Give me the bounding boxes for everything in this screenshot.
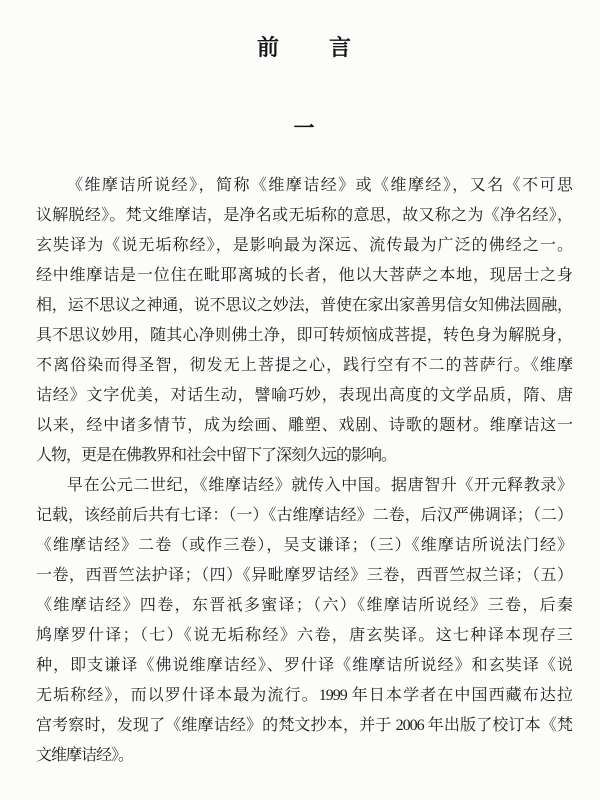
text-line: 相，运不思议之神通，说不思议之妙法，普使在家出家善男信女知佛法圆融，	[36, 291, 572, 321]
preface-title-char-right: 言	[329, 36, 351, 60]
text-line: 无垢称经》，而以罗什译本最为流行。1999 年日本学者在中国西藏布达拉	[36, 681, 572, 711]
text-line: 不离俗染而得圣智，彻发无上菩提之心，践行空有不二的菩萨行。《维摩	[36, 351, 572, 381]
text-line: 议解脱经》。梵文维摩诘，是净名或无垢称的意思，故又称之为《净名经》，	[36, 201, 572, 231]
text-line: 诘经》文字优美，对话生动，譬喻巧妙，表现出高度的文学品质，隋、唐	[36, 381, 572, 411]
text-line: 鸠摩罗什译；（七）《说无垢称经》六卷，唐玄奘译。这七种译本现存三	[36, 621, 572, 651]
preface-body: 《维摩诘所说经》，简称《维摩诘经》或《维摩经》，又名《不可思 议解脱经》。梵文维…	[36, 171, 572, 771]
text-line: 以来，经中诸多情节，成为绘画、雕塑、戏剧、诗歌的题材。维摩诘这一	[36, 411, 572, 441]
text-line: 《维摩诘经》二卷（或作三卷），吴支谦译；（三）《维摩诘所说法门经》	[36, 531, 572, 561]
preface-title-char-left: 前	[257, 36, 279, 60]
section-number: 一	[36, 118, 572, 140]
text-line: 宫考察时，发现了《维摩诘经》的梵文抄本，并于 2006 年出版了校订本《梵	[36, 711, 572, 741]
book-page: 前 言 一 《维摩诘所说经》，简称《维摩诘经》或《维摩经》，又名《不可思 议解脱…	[0, 0, 600, 800]
text-line: 《维摩诘所说经》，简称《维摩诘经》或《维摩经》，又名《不可思	[36, 171, 572, 201]
text-line: 种，即支谦译《佛说维摩诘经》、罗什译《维摩诘所说经》和玄奘译《说	[36, 651, 572, 681]
text-line: 《维摩诘经》四卷，东晋祇多蜜译；（六）《维摩诘所说经》三卷，后秦	[36, 591, 572, 621]
text-line: 具不思议妙用，随其心净则佛土净，即可转烦恼成菩提，转色身为解脱身，	[36, 321, 572, 351]
text-line: 经中维摩诘是一位住在毗耶离城的长者，他以大菩萨之本地，现居士之身	[36, 261, 572, 291]
text-line: 玄奘译为《说无垢称经》，是影响最为深远、流传最为广泛的佛经之一。	[36, 231, 572, 261]
paragraph-1: 《维摩诘所说经》，简称《维摩诘经》或《维摩经》，又名《不可思 议解脱经》。梵文维…	[36, 171, 572, 471]
preface-title: 前 言	[36, 36, 572, 60]
text-line: 记载，该经前后共有七译：（一）《古维摩诘经》二卷，后汉严佛调译；（二）	[36, 501, 572, 531]
text-line: 文维摩诘经》。	[36, 741, 572, 771]
text-line: 早在公元二世纪，《维摩诘经》就传入中国。据唐智升《开元释教录》	[36, 471, 572, 501]
text-line: 一卷，西晋竺法护译；（四）《异毗摩罗诘经》三卷，西晋竺叔兰译；（五）	[36, 561, 572, 591]
paragraph-2: 早在公元二世纪，《维摩诘经》就传入中国。据唐智升《开元释教录》 记载，该经前后共…	[36, 471, 572, 771]
text-line: 人物，更是在佛教界和社会中留下了深刻久远的影响。	[36, 441, 572, 471]
